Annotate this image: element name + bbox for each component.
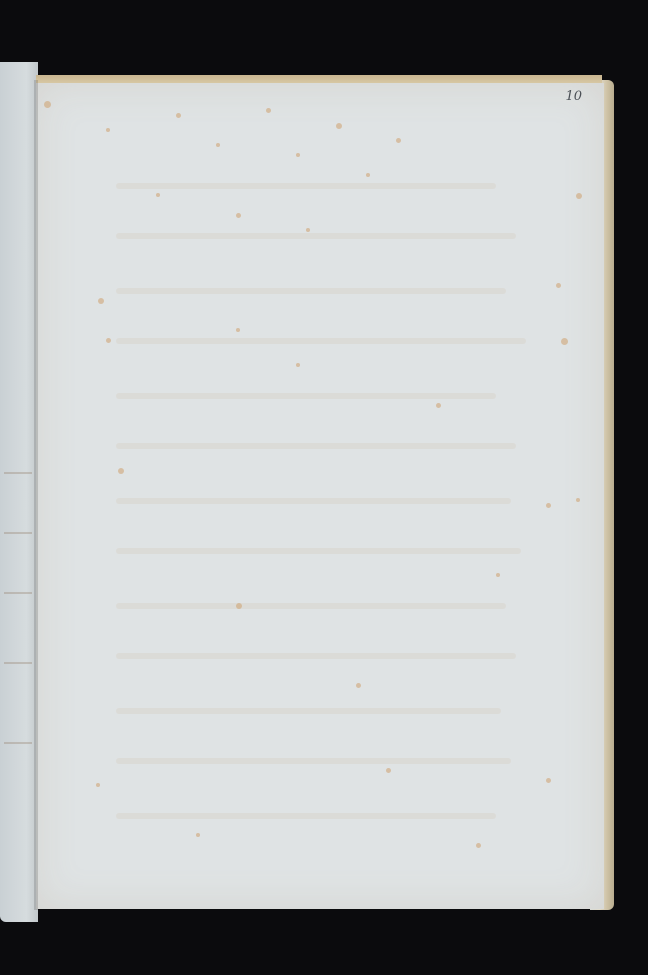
page-number: 10: [565, 89, 582, 104]
foxing-spot: [476, 843, 481, 848]
foxing-spot: [356, 683, 361, 688]
foxing-spot: [216, 143, 220, 147]
foxing-spot: [96, 783, 100, 787]
previous-page-edge: [0, 62, 38, 922]
foxing-spot: [396, 138, 401, 143]
bleed-through-line: [116, 548, 521, 554]
foxing-spot: [176, 113, 181, 118]
foxing-spot: [546, 778, 551, 783]
foxing-spot: [266, 108, 271, 113]
foxing-spot: [236, 328, 240, 332]
binding-gutter: [34, 80, 38, 910]
foxing-spot: [44, 101, 51, 108]
bleed-through-line: [116, 498, 511, 504]
foxing-spot: [576, 193, 582, 199]
foxing-spot: [336, 123, 342, 129]
foxing-spot: [156, 193, 160, 197]
bleed-through-line: [116, 338, 526, 344]
bleed-through-line: [116, 393, 496, 399]
foxing-spot: [306, 228, 310, 232]
faint-handwriting: [4, 532, 32, 534]
faint-handwriting: [4, 592, 32, 594]
faint-handwriting: [4, 472, 32, 474]
foxing-spot: [196, 833, 200, 837]
foxing-spot: [436, 403, 441, 408]
foxing-spot: [556, 283, 561, 288]
foxing-spot: [236, 213, 241, 218]
faint-handwriting: [4, 742, 32, 744]
bleed-through-line: [116, 813, 496, 819]
foxing-spot: [366, 173, 370, 177]
bleed-through-line: [116, 758, 511, 764]
foxing-spot: [296, 153, 300, 157]
foxing-spot: [386, 768, 391, 773]
foxing-spot: [576, 498, 580, 502]
bleed-through-line: [116, 183, 496, 189]
foxing-spot: [106, 338, 111, 343]
bleed-through-line: [116, 653, 516, 659]
foxing-spot: [496, 573, 500, 577]
foxing-spot: [106, 128, 110, 132]
foxing-spot: [561, 338, 568, 345]
bleed-through-line: [116, 233, 516, 239]
manuscript-page: 10: [36, 83, 604, 909]
foxing-spot: [236, 603, 242, 609]
bleed-through-line: [116, 708, 501, 714]
foxing-spot: [546, 503, 551, 508]
faint-handwriting: [4, 662, 32, 664]
foxing-spot: [118, 468, 124, 474]
bleed-through-line: [116, 288, 506, 294]
foxing-spot: [296, 363, 300, 367]
bleed-through-line: [116, 603, 506, 609]
foxing-spot: [98, 298, 104, 304]
bleed-through-line: [116, 443, 516, 449]
